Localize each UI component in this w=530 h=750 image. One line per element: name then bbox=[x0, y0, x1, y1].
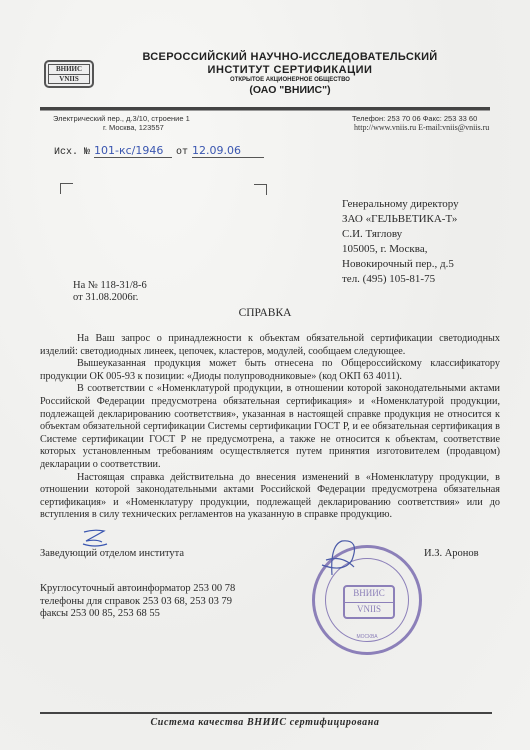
contact-line: телефоны для справок 253 03 68, 253 03 7… bbox=[40, 596, 235, 609]
org-name-line1: ВСЕРОССИЙСКИЙ НАУЧНО-ИССЛЕДОВАТЕЛЬСКИЙ bbox=[100, 51, 480, 63]
recipient-line: ЗАО «ГЕЛЬВЕТИКА-Т» bbox=[342, 212, 459, 227]
contact-line: факсы 253 00 85, 253 68 55 bbox=[40, 608, 235, 621]
signatory-name: И.З. Аронов bbox=[424, 548, 479, 559]
footer-rule bbox=[40, 712, 492, 714]
paragraph: Вышеуказанная продукция может быть отнес… bbox=[40, 358, 500, 383]
body-text: На Ваш запрос о принадлежности к объекта… bbox=[40, 333, 500, 522]
address-line1: Электрический пер., д.3/10, строение 1 bbox=[53, 114, 190, 123]
director-signature-icon bbox=[312, 535, 372, 580]
footer-text: Система качества ВНИИС сертифицирована bbox=[0, 717, 530, 728]
paragraph: На Ваш запрос о принадлежности к объекта… bbox=[40, 333, 500, 358]
corner-mark-left bbox=[60, 183, 73, 194]
vniis-logo: ВНИИС VNIIS bbox=[44, 60, 94, 88]
recipient-line: Новокирочный пер., д.5 bbox=[342, 257, 459, 272]
outgoing-number-row: Исх. № 101-кс/1946 от 12.09.06 bbox=[54, 144, 264, 158]
org-name-line2: ИНСТИТУТ СЕРТИФИКАЦИИ bbox=[100, 64, 480, 76]
recipient-line: 105005, г. Москва, bbox=[342, 242, 459, 257]
phone-fax: Телефон: 253 70 06 Факс: 253 33 60 bbox=[352, 114, 477, 123]
address-line2: г. Москва, 123557 bbox=[103, 123, 164, 132]
recipient-block: Генеральному директору ЗАО «ГЕЛЬВЕТИКА-Т… bbox=[342, 197, 459, 287]
paragraph: В соответствии с «Номенклатурой продукци… bbox=[40, 383, 500, 471]
outgoing-date: 12.09.06 bbox=[192, 144, 264, 158]
org-short-name: (ОАО "ВНИИС") bbox=[100, 84, 480, 96]
contact-line: Круглосуточный автоинформатор 253 00 78 bbox=[40, 583, 235, 596]
handwritten-signature-icon bbox=[80, 528, 110, 550]
stamp-city: МОСКВА bbox=[315, 634, 419, 640]
recipient-line: тел. (495) 105-81-75 bbox=[342, 272, 459, 287]
web-email: http://www.vniis.ru E-mail:vniis@vniis.r… bbox=[354, 123, 489, 132]
stamp-logo-top: ВНИИС bbox=[345, 587, 393, 602]
logo-bottom: VNIIS bbox=[49, 74, 89, 84]
signatory-position: Заведующий отделом института bbox=[40, 548, 184, 559]
document-title: СПРАВКА bbox=[0, 307, 530, 319]
reference-date: от 31.08.2006г. bbox=[73, 292, 147, 304]
recipient-line: С.И. Тяглову bbox=[342, 227, 459, 242]
recipient-line: Генеральному директору bbox=[342, 197, 459, 212]
outgoing-number: 101-кс/1946 bbox=[94, 144, 172, 158]
stamp-logo-bottom: VNIIS bbox=[345, 602, 393, 618]
outgoing-label: Исх. № bbox=[54, 147, 90, 158]
reference-block: На № 118-31/8-6 от 31.08.2006г. bbox=[73, 280, 147, 304]
corner-mark-right bbox=[254, 184, 267, 195]
contacts-block: Круглосуточный автоинформатор 253 00 78 … bbox=[40, 583, 235, 621]
header-rule bbox=[40, 107, 490, 111]
logo-top: ВНИИС bbox=[49, 65, 89, 74]
paragraph: Настоящая справка действительна до внесе… bbox=[40, 472, 500, 522]
reference-number: На № 118-31/8-6 bbox=[73, 280, 147, 292]
org-type: ОТКРЫТОЕ АКЦИОНЕРНОЕ ОБЩЕСТВО bbox=[100, 77, 480, 83]
date-label: от bbox=[176, 147, 188, 158]
